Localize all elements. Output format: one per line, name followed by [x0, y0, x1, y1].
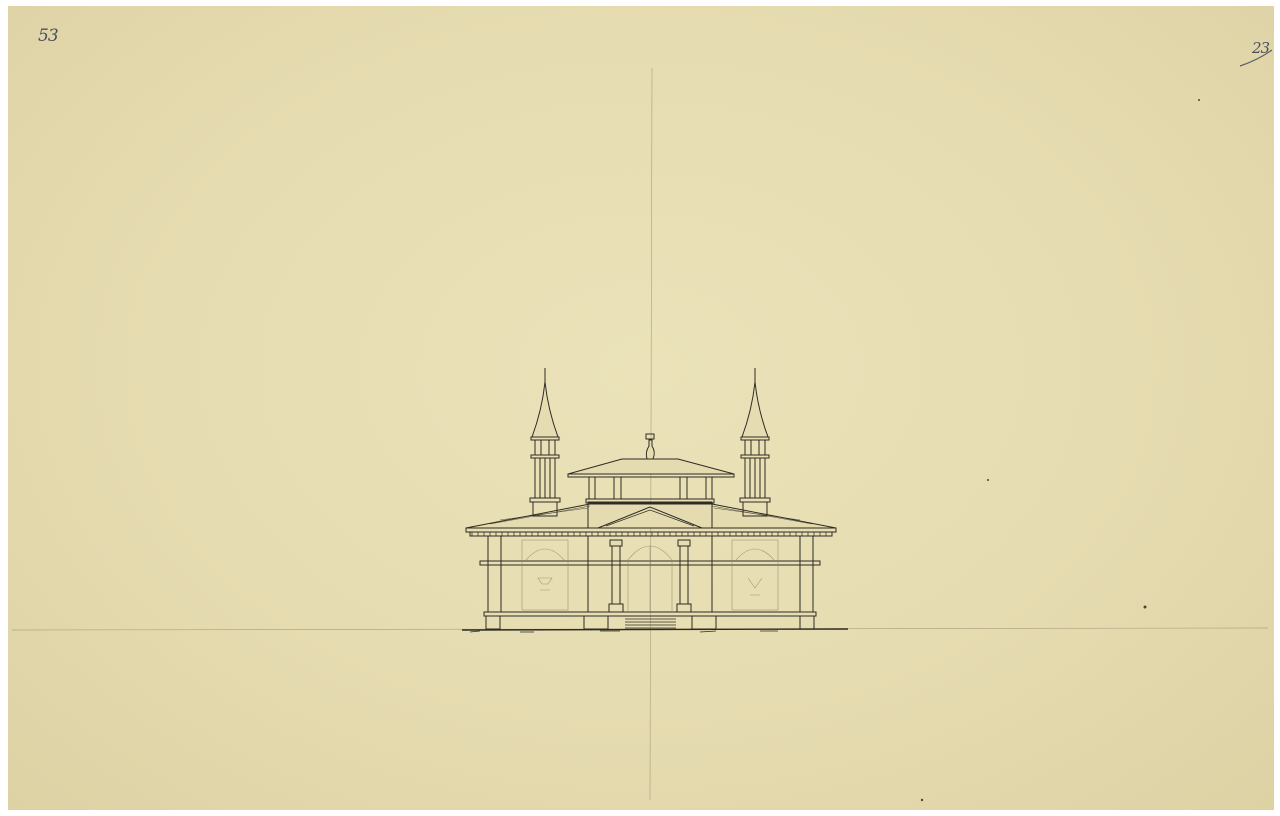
construction-lines	[12, 68, 1268, 800]
right-turret	[740, 368, 770, 516]
paper-specks	[921, 99, 1200, 801]
left-turret	[530, 368, 560, 516]
annotation-underline	[1240, 50, 1272, 66]
architectural-elevation-drawing	[0, 0, 1280, 816]
pavilion	[462, 368, 848, 632]
